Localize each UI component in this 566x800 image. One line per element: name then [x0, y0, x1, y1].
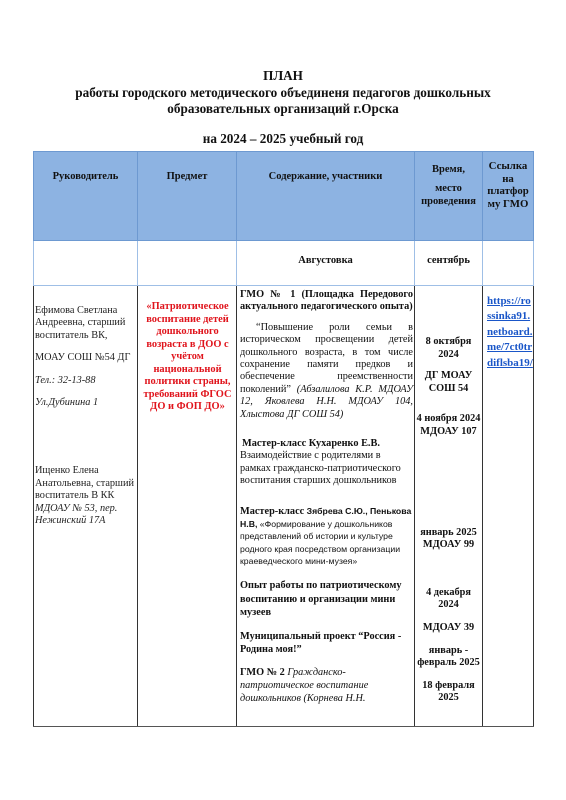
project-item: Муниципальный проект “Россия - Родина мо…	[240, 630, 413, 657]
leader-1-address: Ул.Дубинина 1	[35, 397, 135, 409]
header-content: Содержание, участники	[237, 152, 415, 241]
experience-item: Опыт работы по патриотическому воспитани…	[240, 579, 413, 620]
time-cell: 8 октября 2024 ДГ МОАУ СОШ 54 4 ноября 2…	[415, 286, 483, 727]
plan-table: Руководитель Предмет Содержание, участни…	[33, 151, 534, 727]
link-cell: https://rossinka91.netboard.me/7ct0trdif…	[483, 286, 534, 727]
section-content: Августовка	[237, 241, 415, 286]
leader-1-name: Ефимова Светлана Андреевна, старший восп…	[35, 305, 135, 342]
gmo2-item: ГМО № 2 Гражданско-патриотическое воспит…	[240, 666, 413, 705]
leader-1-phone: Тел.: 32-13-88	[35, 375, 135, 387]
header-subject: Предмет	[138, 152, 237, 241]
gmo1-title: ГМО № 1 (Площадка Передового актуального…	[240, 289, 413, 314]
leader-1-org: МОАУ СОШ №54 ДГ	[35, 352, 135, 364]
content-cell: ГМО № 1 (Площадка Передового актуального…	[237, 286, 415, 727]
gmo1-topic: “Повышение роли семьи в историческом про…	[240, 322, 413, 421]
time-5: январь - февраль 2025	[415, 645, 482, 670]
time-6: 18 февраля 2025	[415, 680, 482, 705]
masterclass-2: Мастер-класс Зябрева С.Ю., Пенькова Н.В,…	[240, 505, 413, 567]
subject-text: «Патриотическое воспитание детей дошколь…	[138, 286, 236, 414]
leader-2-org: МДОАУ № 53, пер. Нежинский 17А	[35, 503, 135, 528]
time-3: январь 2025	[415, 527, 482, 540]
place-3: МДОАУ 99	[415, 539, 482, 552]
header-time: Время, место проведения	[415, 152, 483, 241]
subject-cell: «Патриотическое воспитание детей дошколь…	[138, 286, 237, 727]
section-row: Августовка сентябрь	[34, 241, 534, 286]
masterclass-1: Мастер-класс Кухаренко Е.В. Взаимодейств…	[240, 438, 413, 488]
table-header-row: Руководитель Предмет Содержание, участни…	[34, 152, 534, 241]
table-row: Ефимова Светлана Андреевна, старший восп…	[34, 286, 534, 727]
document-title: ПЛАН работы городского методического объ…	[0, 68, 566, 147]
title-subtitle-2: образовательных организаций г.Орска	[0, 101, 566, 118]
time-4: 4 декабря 2024	[415, 587, 482, 612]
leader-cell: Ефимова Светлана Андреевна, старший восп…	[34, 286, 138, 727]
leader-2-name: Ищенко Елена Анатольевна, старший воспит…	[35, 465, 134, 501]
title-subtitle-1: работы городского методического объедине…	[0, 85, 566, 102]
place-1: ДГ МОАУ СОШ 54	[415, 370, 482, 395]
header-link: Ссылка на платфор му ГМО	[483, 152, 534, 241]
title-year: на 2024 – 2025 учебный год	[0, 131, 566, 148]
time-1: 8 октября 2024	[415, 336, 482, 361]
place-4: МДОАУ 39	[415, 622, 482, 635]
platform-link[interactable]: https://rossinka91.netboard.me/7ct0trdif…	[487, 295, 533, 369]
time-2: 4 ноября 2024	[415, 413, 482, 426]
place-2: МДОАУ 107	[415, 426, 482, 439]
section-time: сентябрь	[415, 241, 483, 286]
header-leader: Руководитель	[34, 152, 138, 241]
title-plan: ПЛАН	[0, 68, 566, 85]
